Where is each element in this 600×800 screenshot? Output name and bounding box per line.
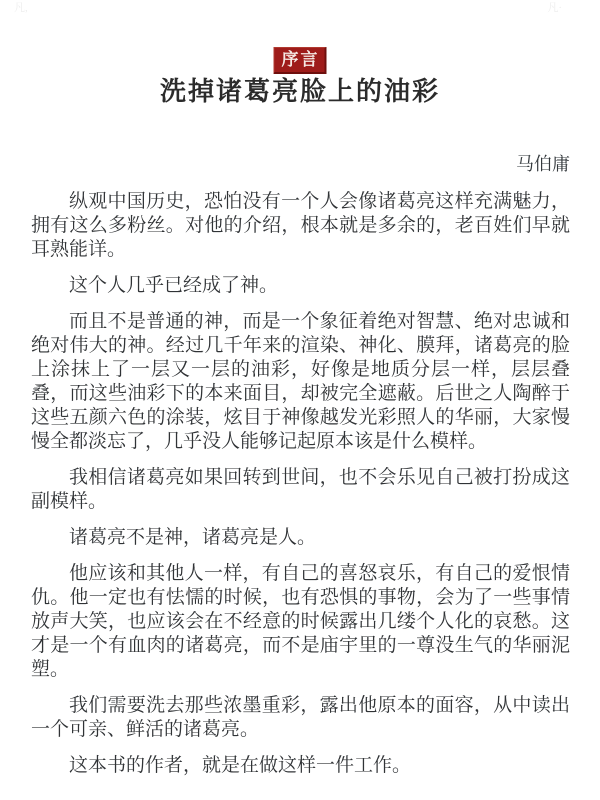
paragraph-7: 我们需要洗去那些浓墨重彩，露出他原本的面容，从中读出一个可亲、鲜活的诸葛亮。 [31, 694, 570, 742]
preface-section-badge: 序言 [274, 47, 327, 74]
author-name: 马伯庸 [516, 150, 570, 176]
page-title: 洗掉诸葛亮脸上的油彩 [0, 71, 600, 108]
corner-watermark-right: 凡· [547, 3, 562, 14]
paragraph-4: 我相信诸葛亮如果回转到世间，也不会乐见自己被打扮成这副模样。 [31, 466, 570, 514]
document-page: 凡, 凡· 序言 洗掉诸葛亮脸上的油彩 马伯庸 纵观中国历史，恐怕没有一个人会像… [0, 0, 600, 800]
paragraph-6: 他应该和其他人一样，有自己的喜怒哀乐，有自己的爱恨情仇。他一定也有怯懦的时候，也… [31, 562, 570, 682]
paragraph-2: 这个人几乎已经成了神。 [31, 274, 570, 298]
paragraph-3: 而且不是普通的神，而是一个象征着绝对智慧、绝对忠诚和绝对伟大的神。经过几千年来的… [31, 310, 570, 454]
body-text: 纵观中国历史，恐怕没有一个人会像诸葛亮这样充满魅力，拥有这么多粉丝。对他的介绍，… [31, 190, 570, 790]
paragraph-5: 诸葛亮不是神，诸葛亮是人。 [31, 526, 570, 550]
paragraph-1: 纵观中国历史，恐怕没有一个人会像诸葛亮这样充满魅力，拥有这么多粉丝。对他的介绍，… [31, 190, 570, 262]
paragraph-8: 这本书的作者，就是在做这样一件工作。 [31, 754, 570, 778]
corner-watermark-left: 凡, [14, 3, 28, 14]
